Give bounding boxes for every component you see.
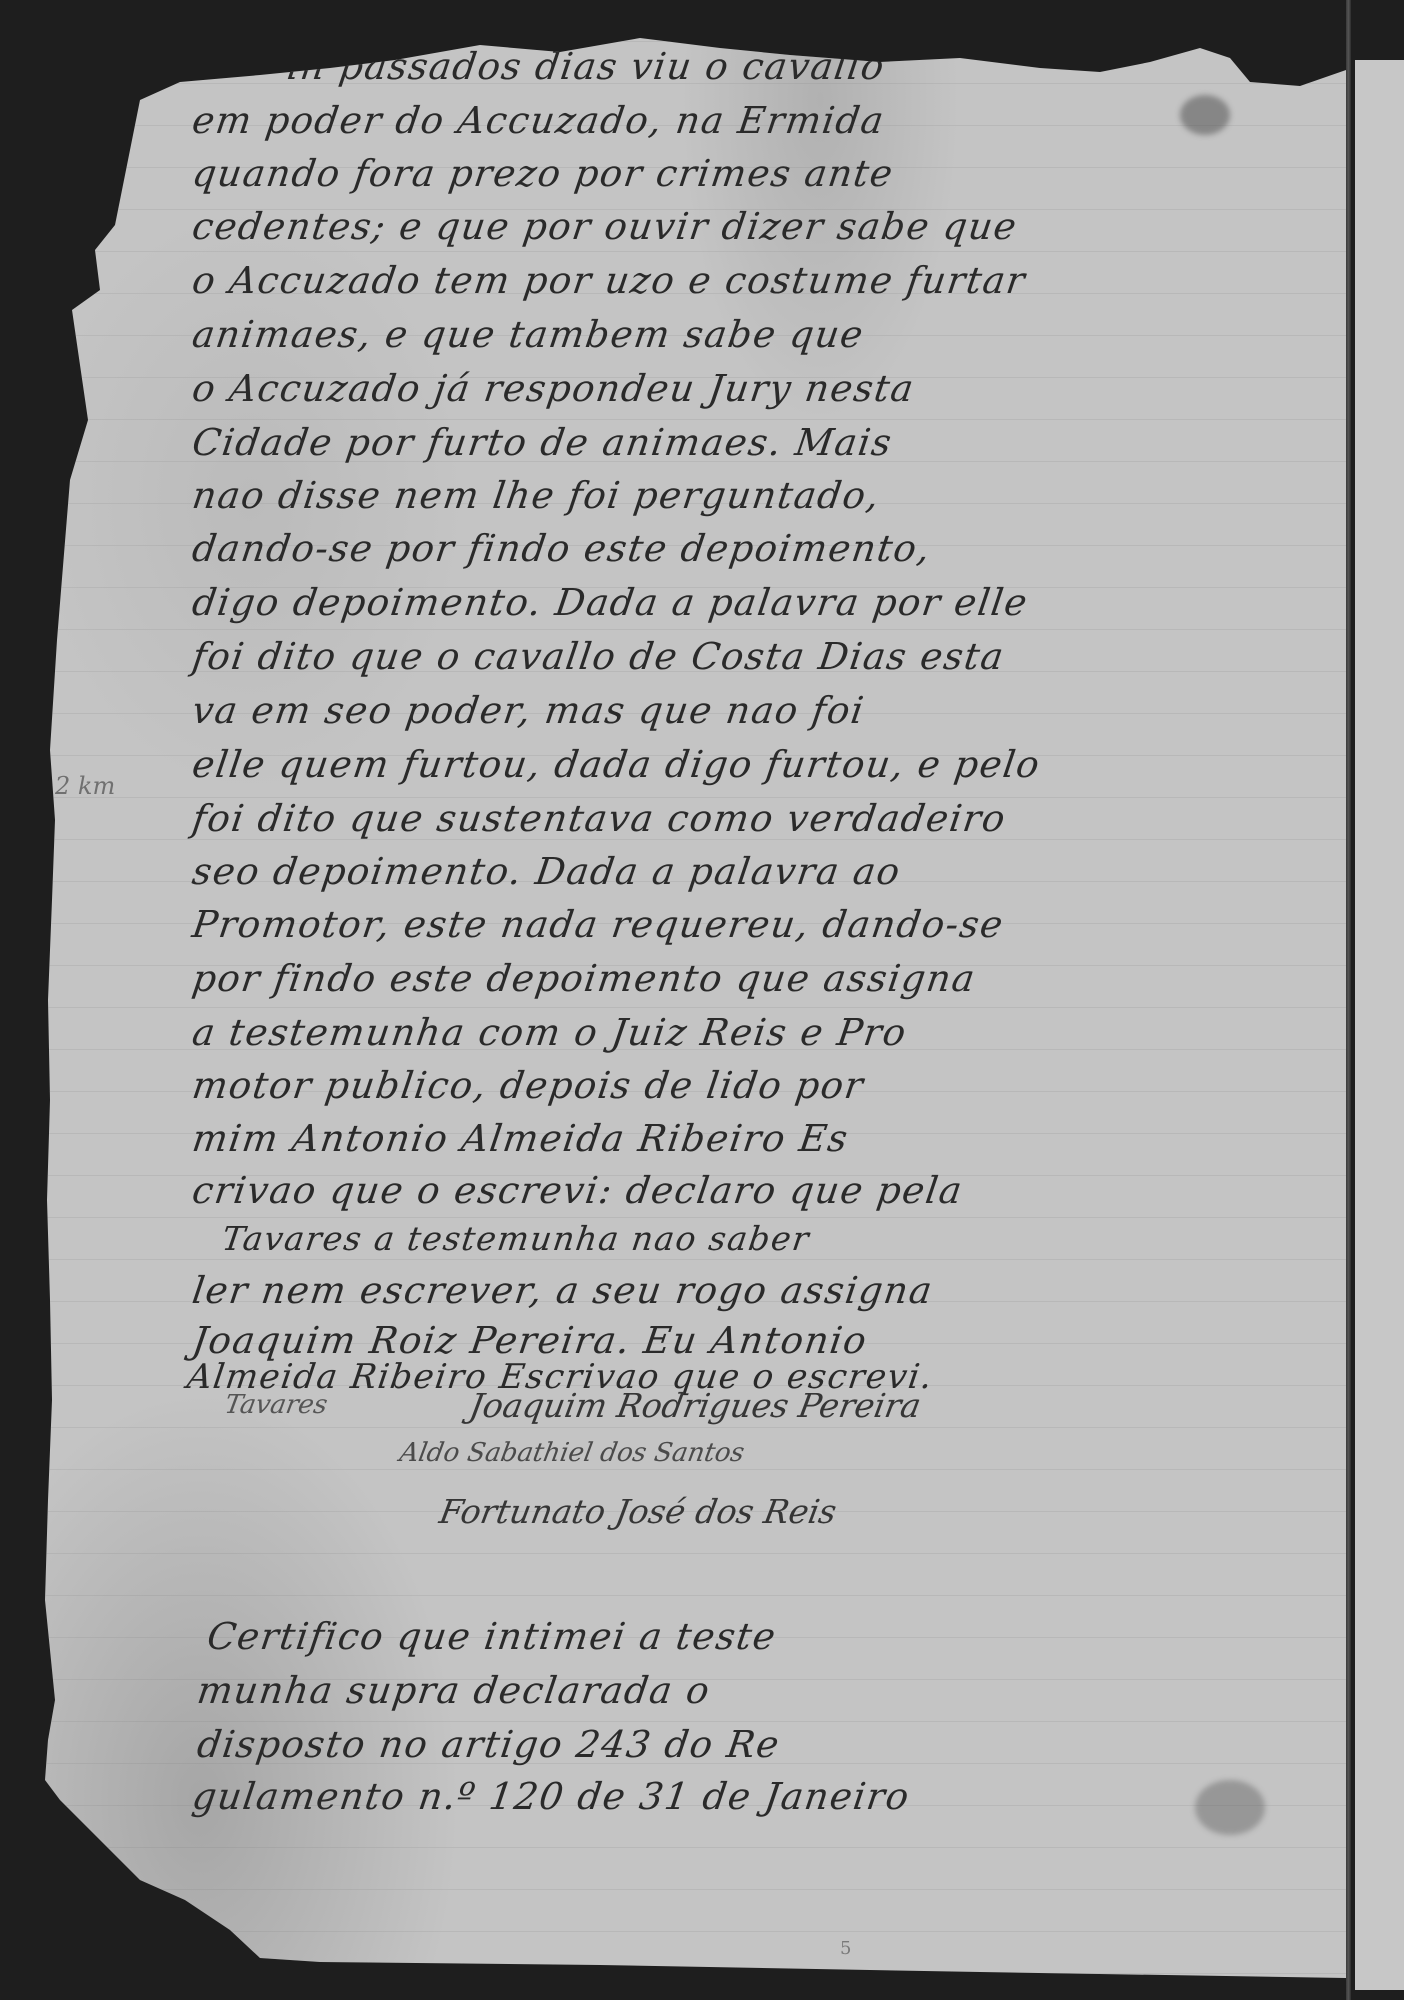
text-line: va em seo poder, mas que nao foi [190, 692, 1115, 729]
signature-tavares: Tavares [222, 1390, 329, 1420]
margin-note: 2 km [55, 772, 115, 800]
scanned-document: 2 km in passados dias viu o cavallo em p… [0, 0, 1404, 2000]
text-line: dando-se por findo este depoimento, [190, 530, 1115, 567]
text-line: Certifico que intimei a teste [205, 1618, 1130, 1655]
text-line: cedentes; e que por ouvir dizer sabe que [190, 208, 1115, 245]
ink-stain [1180, 95, 1230, 135]
text-line: a testemunha com o Juiz Reis e Pro [190, 1014, 1115, 1051]
signature-aldo-sabathiel-dos-santos: Aldo Sabathiel dos Santos [397, 1438, 746, 1468]
text-line: gulamento n.º 120 de 31 de Janeiro [190, 1778, 1115, 1815]
text-line: Promotor, este nada requereu, dando-se [190, 906, 1115, 943]
text-line: in passados dias viu o cavallo [285, 48, 1210, 85]
text-line: mim Antonio Almeida Ribeiro Es [190, 1120, 1115, 1157]
text-line: em poder do Accuzado, na Ermida [190, 102, 1115, 139]
text-line: Joaquim Roiz Pereira. Eu Antonio [190, 1322, 1115, 1359]
text-line: ler nem escrever, a seu rogo assigna [190, 1272, 1115, 1309]
footer-mark: 5 [840, 1938, 851, 1959]
text-line: crivao que o escrevi: declaro que pela [190, 1172, 1115, 1209]
text-line: disposto no artigo 243 do Re [195, 1726, 1120, 1763]
text-line: Cidade por furto de animaes. Mais [190, 424, 1115, 461]
text-line: foi dito que sustentava como verdadeiro [190, 800, 1115, 837]
text-line: seo depoimento. Dada a palavra ao [190, 853, 1115, 890]
text-line: digo depoimento. Dada a palavra por elle [190, 584, 1115, 621]
text-line: munha supra declarada o [195, 1672, 1120, 1709]
text-line: o Accuzado já respondeu Jury nesta [190, 370, 1115, 407]
text-line: nao disse nem lhe foi perguntado, [190, 477, 1115, 514]
text-line: elle quem furtou, dada digo furtou, e pe… [190, 746, 1115, 783]
binding-line [1346, 0, 1351, 2000]
text-line: Tavares a testemunha nao saber [220, 1222, 1145, 1255]
text-line: quando fora prezo por crimes ante [190, 155, 1115, 192]
ink-stain [1195, 1780, 1265, 1835]
text-line: motor publico, depois de lido por [190, 1067, 1115, 1104]
manuscript-page: 2 km in passados dias viu o cavallo em p… [0, 0, 1346, 2000]
signature-fortunato-jose-dos-reis: Fortunato José dos Reis [437, 1492, 840, 1531]
text-line: por findo este depoimento que assigna [190, 960, 1115, 997]
signature-joaquim-rodrigues-pereira: Joaquim Rodrigues Pereira [467, 1386, 924, 1425]
adjacent-page-edge [1355, 60, 1404, 1990]
text-line: animaes, e que tambem sabe que [190, 316, 1115, 353]
text-line: o Accuzado tem por uzo e costume furtar [190, 262, 1115, 299]
text-line: foi dito que o cavallo de Costa Dias est… [190, 638, 1115, 675]
